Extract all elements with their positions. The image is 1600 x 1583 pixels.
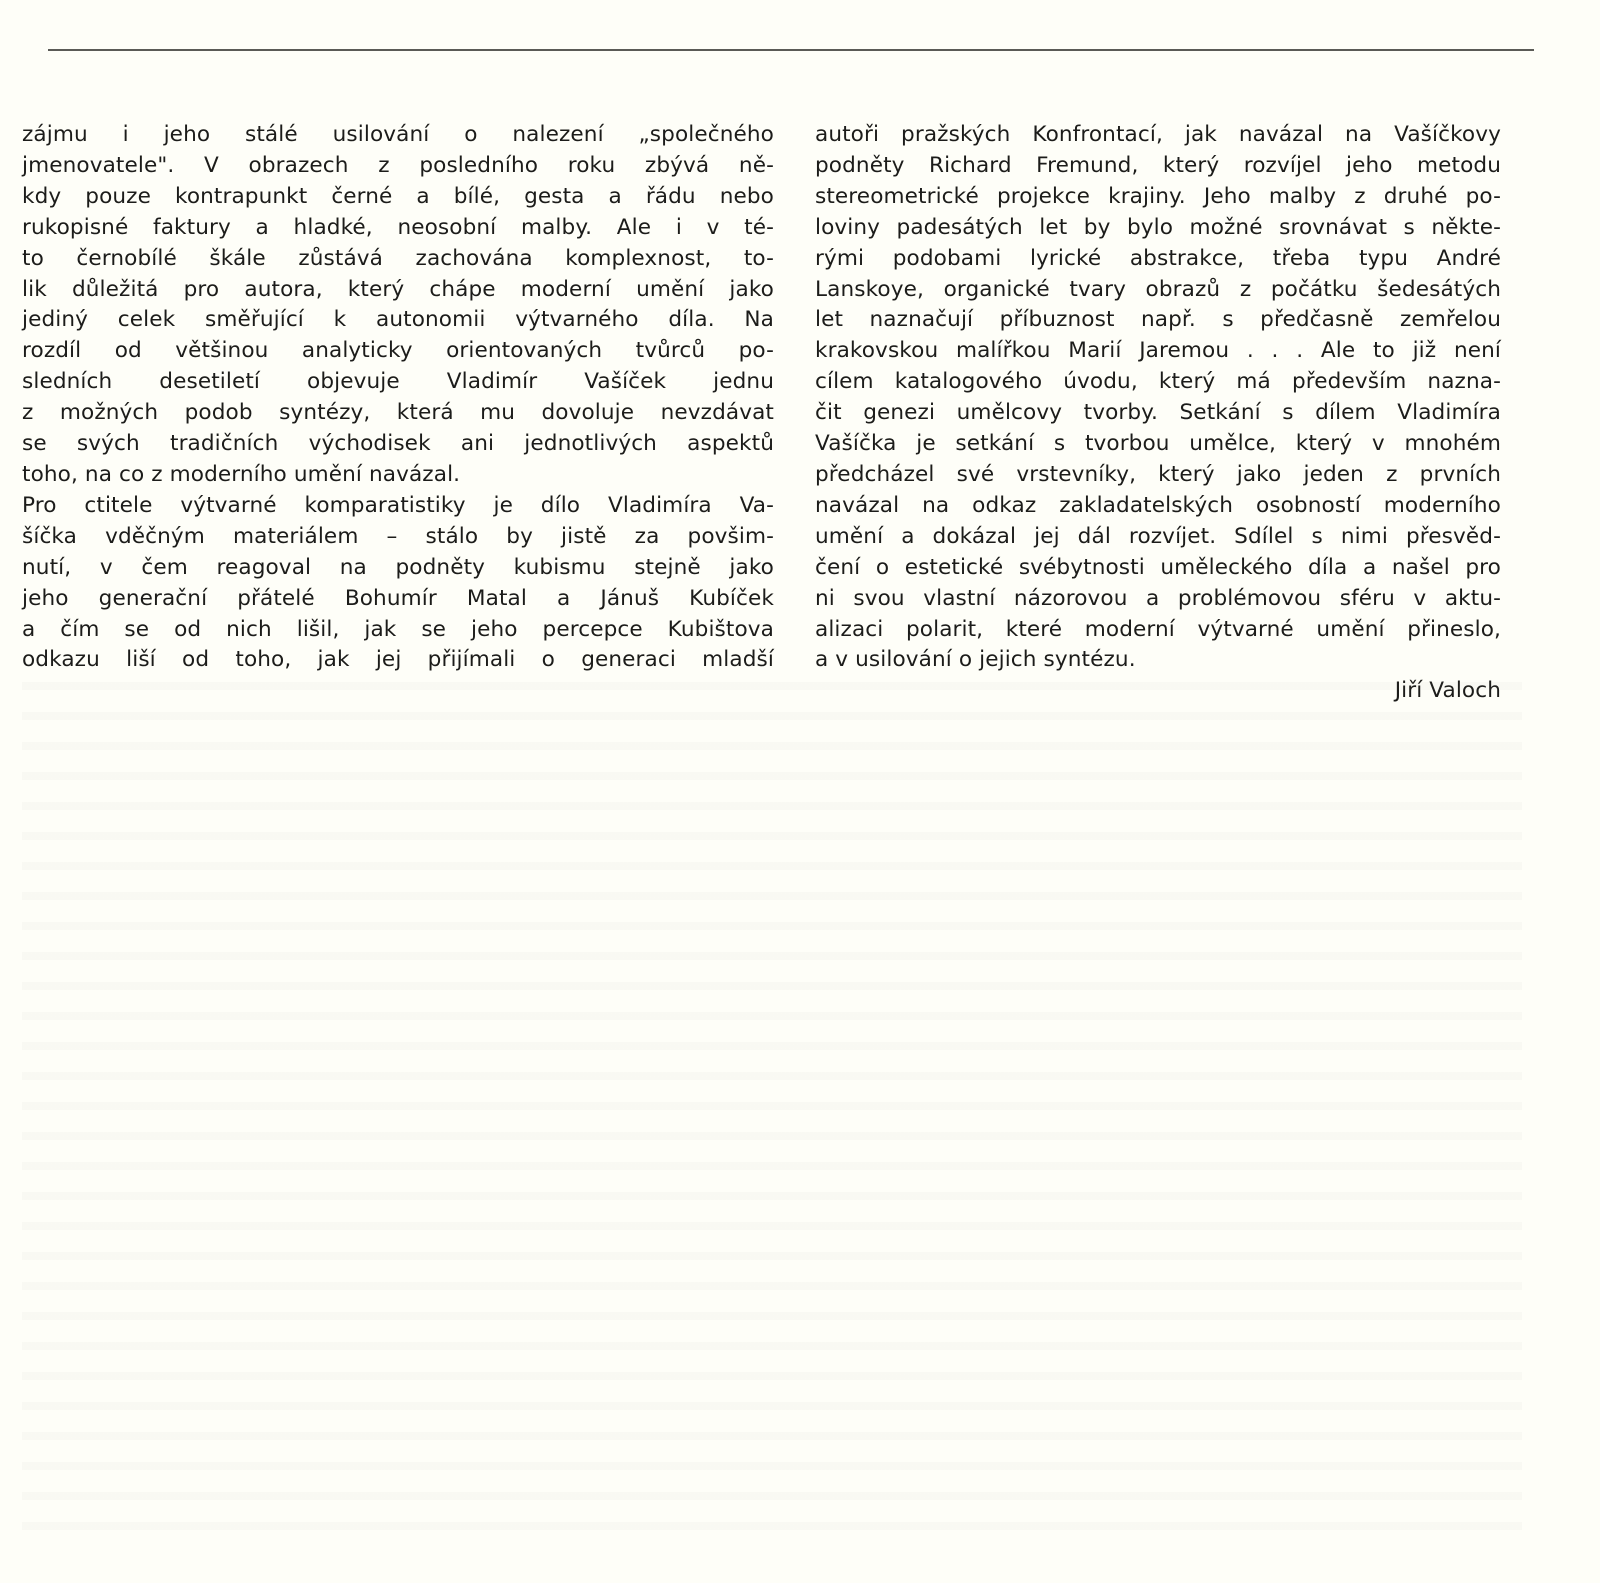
text-line: let naznačují příbuznost např. s předčas… [815, 305, 1501, 336]
text-line: z možných podob syntézy, která mu dovolu… [22, 398, 774, 429]
text-line: to černobílé škále zůstává zachována kom… [22, 244, 774, 275]
text-line: kdy pouze kontrapunkt černé a bílé, gest… [22, 182, 774, 213]
text-line: se svých tradičních východisek ani jedno… [22, 429, 774, 460]
author-signature: Jiří Valoch [815, 676, 1501, 707]
text-line: ni svou vlastní názorovou a problémovou … [815, 584, 1501, 615]
text-column-right: autoři pražských Konfrontací, jak naváza… [815, 120, 1501, 707]
header-rule [48, 49, 1534, 51]
text-line: cílem katalogového úvodu, který má přede… [815, 367, 1501, 398]
text-line: navázal na odkaz zakladatelských osobnos… [815, 491, 1501, 522]
text-line: loviny padesátých let by bylo možné srov… [815, 213, 1501, 244]
text-line: autoři pražských Konfrontací, jak naváza… [815, 120, 1501, 151]
text-column-left: zájmu i jeho stálé usilování o nalezení … [22, 120, 774, 676]
text-line: a čím se od nich lišil, jak se jeho perc… [22, 615, 774, 646]
text-line: čit genezi umělcovy tvorby. Setkání s dí… [815, 398, 1501, 429]
text-line: předcházel své vrstevníky, který jako je… [815, 460, 1501, 491]
text-line: rozdíl od většinou analyticky orientovan… [22, 336, 774, 367]
text-line: Vašíčka je setkání s tvorbou umělce, kte… [815, 429, 1501, 460]
text-line: podněty Richard Fremund, který rozvíjel … [815, 151, 1501, 182]
text-line: rými podobami lyrické abstrakce, třeba t… [815, 244, 1501, 275]
text-line: zájmu i jeho stálé usilování o nalezení … [22, 120, 774, 151]
text-line: jediný celek směřující k autonomii výtva… [22, 305, 774, 336]
text-line: umění a dokázal jej dál rozvíjet. Sdílel… [815, 522, 1501, 553]
text-line: alizaci polarit, které moderní výtvarné … [815, 615, 1501, 646]
text-line: rukopisné faktury a hladké, neosobní mal… [22, 213, 774, 244]
paragraph-end-line: a v usilování o jejich syntézu. [815, 645, 1501, 676]
text-line: šíčka vděčným materiálem – stálo by jist… [22, 522, 774, 553]
text-line: Pro ctitele výtvarné komparatistiky je d… [22, 491, 774, 522]
text-line: sledních desetiletí objevuje Vladimír Va… [22, 367, 774, 398]
text-line: čení o estetické svébytnosti uměleckého … [815, 553, 1501, 584]
text-line: odkazu liší od toho, jak jej přijímali o… [22, 645, 774, 676]
text-line: Lanskoye, organické tvary obrazů z počát… [815, 275, 1501, 306]
paper-show-through [22, 660, 1522, 1540]
text-line: jeho generační přátelé Bohumír Matal a J… [22, 584, 774, 615]
text-line: jmenovatele". V obrazech z posledního ro… [22, 151, 774, 182]
text-line: nutí, v čem reagoval na podněty kubismu … [22, 553, 774, 584]
text-line: lik důležitá pro autora, který chápe mod… [22, 275, 774, 306]
text-line: krakovskou malířkou Marií Jaremou . . . … [815, 336, 1501, 367]
text-line: stereometrické projekce krajiny. Jeho ma… [815, 182, 1501, 213]
paragraph-end-line: toho, na co z moderního umění navázal. [22, 460, 774, 491]
